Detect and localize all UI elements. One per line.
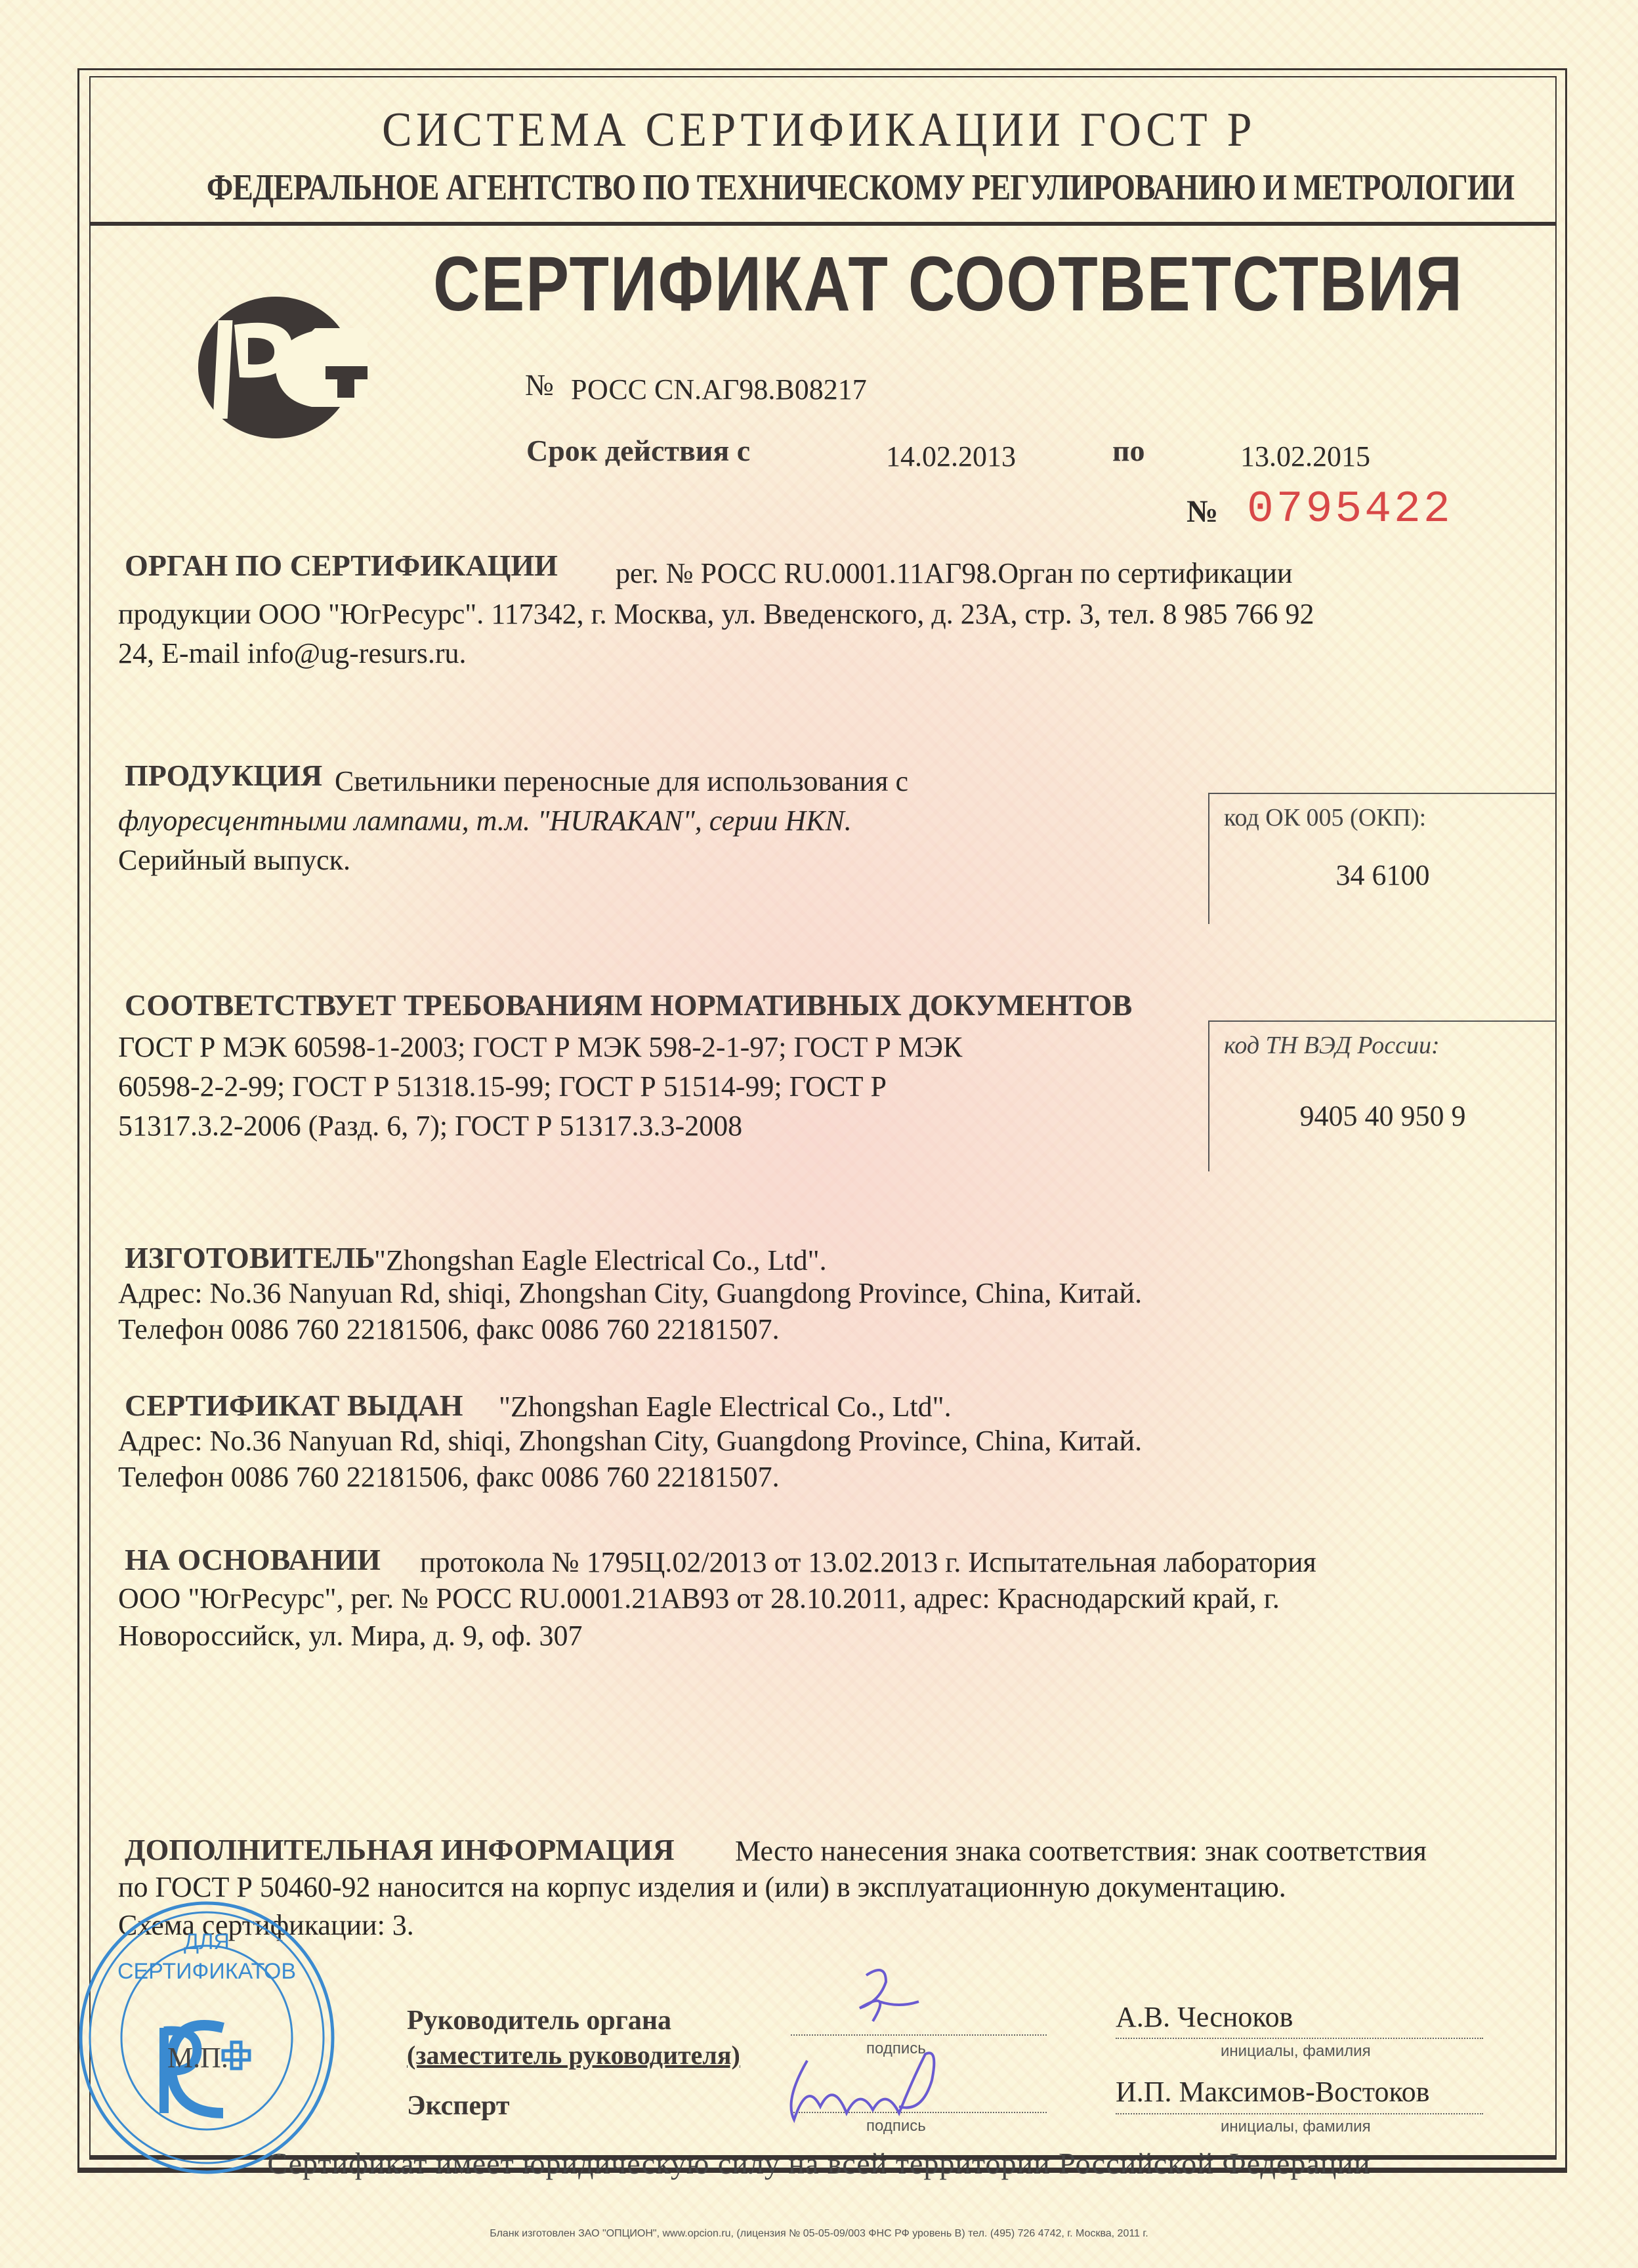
okp-code-value: 34 6100 [1209, 858, 1556, 892]
okp-code-label: код ОК 005 (ОКП): [1209, 794, 1556, 832]
svg-text:ДЛЯ: ДЛЯ [184, 1929, 230, 1954]
manufacturer-label: ИЗГОТОВИТЕЛЬ [125, 1240, 375, 1275]
expert-signature-icon [781, 2041, 952, 2136]
document-title: СЕРТИФИКАТ СООТВЕТСТВИЯ [433, 240, 1463, 329]
name-caption: инициалы, фамилия [1221, 2118, 1371, 2136]
conformity-label: СООТВЕТСТВУЕТ ТРЕБОВАНИЯМ НОРМАТИВНЫХ ДО… [125, 988, 1132, 1022]
okp-code-box: код ОК 005 (ОКП): 34 6100 [1208, 793, 1556, 924]
stamp-place-mark: М.П. [167, 2041, 228, 2074]
issued-to-line: Адрес: No.36 Nanyuan Rd, shiqi, Zhongsha… [118, 1424, 1142, 1458]
basis-line: ООО "ЮгРесурс", рег. № РОСС RU.0001.21АВ… [118, 1582, 1280, 1615]
validity-label: Срок действия с [526, 433, 750, 468]
valid-from: 14.02.2013 [886, 440, 1016, 473]
blank-number-sign: № [1186, 493, 1218, 530]
head-signature-icon [840, 1962, 938, 2038]
manufacturer-line: Телефон 0086 760 22181506, факс 0086 760… [118, 1312, 780, 1346]
product-line: Светильники переносные для использования… [335, 765, 908, 798]
basis-line: Новороссийск, ул. Мира, д. 9, оф. 307 [118, 1619, 583, 1652]
issued-to-line: "Zhongshan Eagle Electrical Co., Ltd". [499, 1390, 952, 1423]
manufacturer-line: Адрес: No.36 Nanyuan Rd, shiqi, Zhongsha… [118, 1276, 1142, 1310]
printer-note: Бланк изготовлен ЗАО "ОПЦИОН", www.opcio… [0, 2228, 1638, 2240]
head-name-line [1116, 2038, 1483, 2039]
product-line: Серийный выпуск. [118, 843, 350, 877]
number-sign: № [525, 367, 554, 402]
agency-name: ФЕДЕРАЛЬНОЕ АГЕНТСТВО ПО ТЕХНИЧЕСКОМУ РЕ… [207, 167, 1439, 209]
validity-statement: Сертификат имеет юридическую силу на все… [0, 2146, 1638, 2181]
certification-body-label: ОРГАН ПО СЕРТИФИКАЦИИ [125, 548, 558, 583]
official-stamp: ДЛЯ СЕРТИФИКАТОВ [72, 1897, 348, 2182]
standards-line: ГОСТ Р МЭК 60598-1-2003; ГОСТ Р МЭК 598-… [118, 1030, 962, 1064]
product-line: флуоресцентными лампами, т.м. "HURAKAN",… [118, 804, 852, 837]
expert-name: И.П. Максимов-Востоков [1116, 2075, 1429, 2109]
valid-to: 13.02.2015 [1240, 440, 1370, 473]
certification-body-line: рег. № РОСС RU.0001.11АГ98.Орган по серт… [616, 556, 1293, 590]
blank-serial-number: 0795422 [1247, 484, 1453, 535]
manufacturer-line: "Zhongshan Eagle Electrical Co., Ltd". [374, 1244, 827, 1277]
standards-line: 51317.3.2-2006 (Разд. 6, 7); ГОСТ Р 5131… [118, 1109, 742, 1143]
certificate-number: РОСС CN.АГ98.В08217 [571, 373, 867, 406]
deputy-label: (заместитель руководителя) [407, 2040, 740, 2070]
additional-info-label: ДОПОЛНИТЕЛЬНАЯ ИНФОРМАЦИЯ [125, 1832, 675, 1867]
product-label: ПРОДУКЦИЯ [125, 758, 322, 793]
expert-name-line [1116, 2113, 1483, 2114]
basis-label: НА ОСНОВАНИИ [125, 1542, 381, 1577]
standards-line: 60598-2-2-99; ГОСТ Р 51318.15-99; ГОСТ Р… [118, 1070, 887, 1103]
tnved-code-label: код ТН ВЭД России: [1209, 1022, 1556, 1060]
certification-body-line: 24, E-mail info@ug-resurs.ru. [118, 637, 467, 670]
tnved-code-box: код ТН ВЭД России: 9405 40 950 9 [1208, 1020, 1556, 1171]
name-caption: инициалы, фамилия [1221, 2042, 1371, 2061]
issued-to-line: Телефон 0086 760 22181506, факс 0086 760… [118, 1460, 780, 1494]
pct-conformity-mark-icon [197, 289, 394, 450]
head-label: Руководитель органа [407, 2005, 671, 2036]
system-title: СИСТЕМА СЕРТИФИКАЦИИ ГОСТ Р [66, 102, 1572, 158]
certification-body-line: продукции ООО "ЮгРесурс". 117342, г. Мос… [118, 597, 1314, 631]
tnved-code-value: 9405 40 950 9 [1209, 1099, 1556, 1133]
svg-text:СЕРТИФИКАТОВ: СЕРТИФИКАТОВ [117, 1959, 296, 1984]
header-divider [89, 222, 1557, 226]
head-name: А.В. Чесноков [1116, 2000, 1293, 2034]
to-label: по [1112, 433, 1145, 468]
expert-label: Эксперт [407, 2090, 510, 2122]
basis-line: протокола № 1795Ц.02/2013 от 13.02.2013 … [420, 1545, 1316, 1579]
additional-info-line: Место нанесения знака соответствия: знак… [735, 1834, 1427, 1868]
issued-to-label: СЕРТИФИКАТ ВЫДАН [125, 1388, 463, 1423]
